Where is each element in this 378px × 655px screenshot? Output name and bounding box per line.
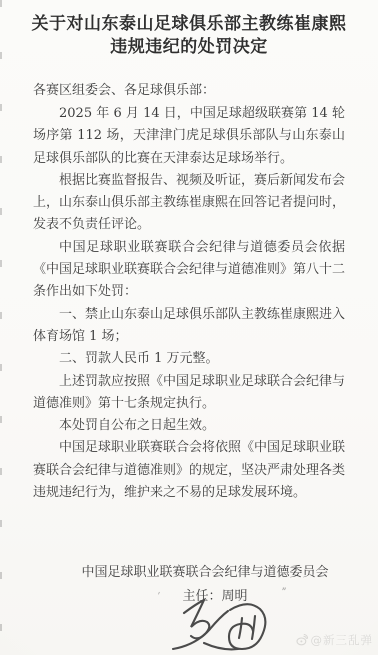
pen-mark-artifact: ˮ — [281, 586, 286, 599]
document-body: 2025 年 6 月 14 日，中国足球超级联赛第 14 轮场序第 112 场，… — [33, 103, 345, 504]
title-line-2: 违规违纪的处罚决定 — [26, 36, 352, 59]
document-page: 关于对山东泰山足球俱乐部主教练崔康熙 违规违纪的处罚决定 各赛区组委会、各足球俱… — [0, 0, 378, 655]
body-paragraph: 本处罚自公布之日起生效。 — [33, 415, 345, 437]
body-paragraph: 二、罚款人民币 1 万元整。 — [33, 348, 345, 370]
document-title: 关于对山东泰山足球俱乐部主教练崔康熙 违规违纪的处罚决定 — [26, 13, 352, 59]
body-paragraph: 上述罚款应按照《中国足球职业足球联合会纪律与道德准则》第十七条规定执行。 — [33, 371, 345, 416]
watermark-text: @新三乱弹 — [311, 632, 374, 648]
body-paragraph: 根据比赛监督报告、视频及听证，赛后新闻发布会上，山东泰山俱乐部主教练崔康熙在回答… — [33, 170, 345, 237]
handwritten-signature — [170, 597, 278, 655]
issuer-name: 中国足球职业联赛联合会纪律与道德委员会 — [16, 562, 378, 584]
title-line-1: 关于对山东泰山足球俱乐部主教练崔康熙 — [26, 13, 352, 36]
body-paragraph: 中国足球职业联赛联合会纪律与道德委员会依据《中国足球职业联赛联合会纪律与道德准则… — [33, 237, 345, 304]
body-paragraph: 一、禁止山东泰山足球俱乐部队主教练崔康熙进入体育场馆 1 场； — [33, 304, 345, 349]
salutation: 各赛区组委会、各足球俱乐部： — [33, 80, 345, 102]
weibo-icon — [296, 634, 308, 646]
body-paragraph: 2025 年 6 月 14 日，中国足球超级联赛第 14 轮场序第 112 场，… — [33, 103, 345, 170]
body-paragraph: 中国足球职业联赛联合会将依照《中国足球职业联赛联合会纪律与道德准则》的规定，坚决… — [33, 437, 345, 504]
watermark: @新三乱弹 — [296, 632, 374, 648]
photo-edge-artifact — [0, 0, 2, 655]
